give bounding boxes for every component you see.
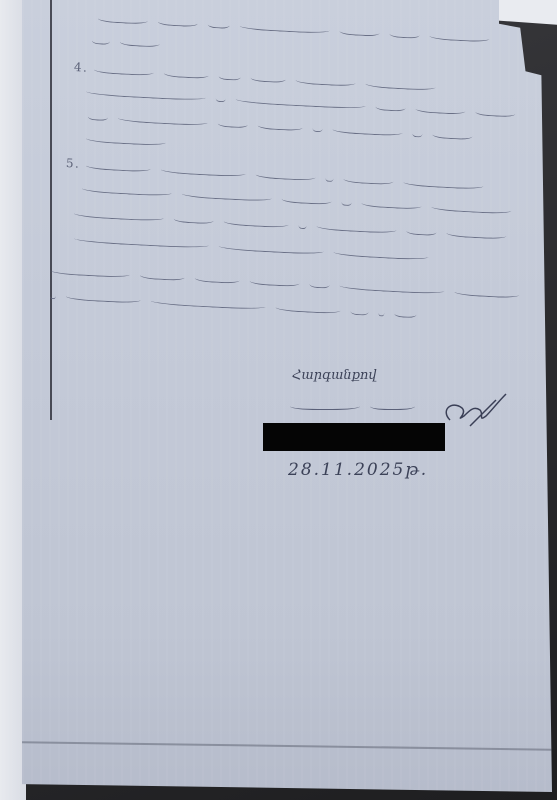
paragraph-number: 5.	[66, 156, 81, 171]
paper-fold	[22, 741, 552, 750]
signatory-name	[290, 398, 425, 413]
signature	[440, 392, 510, 432]
document-date: 28.11.2025թ.	[288, 460, 428, 480]
redaction-bar	[263, 423, 445, 451]
closing-salutation: Հարգանքով	[292, 368, 377, 383]
paragraph-number: 4.	[74, 60, 89, 75]
